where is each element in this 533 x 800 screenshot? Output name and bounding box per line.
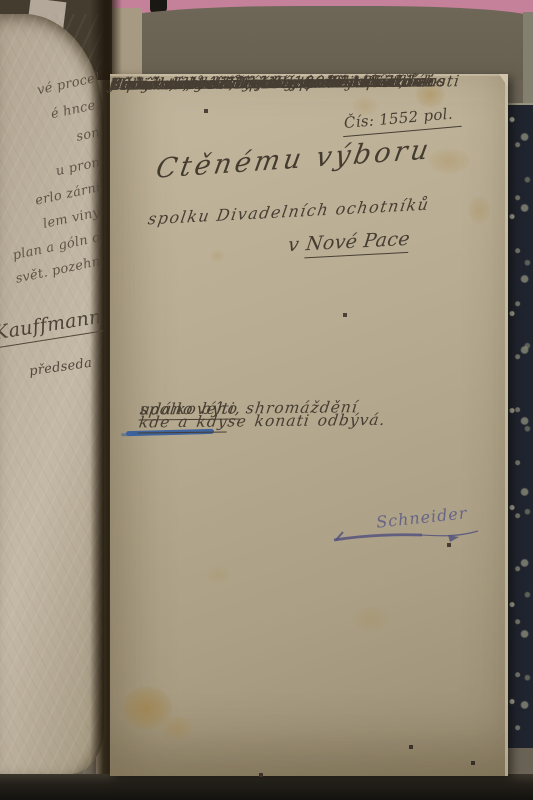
paper-stain bbox=[428, 148, 470, 174]
dark-marbled-photo-edge bbox=[505, 103, 533, 748]
heading-place-name: Nové Pace bbox=[304, 228, 411, 259]
underlined-phrase: kde a kdy bbox=[138, 413, 229, 434]
heading-line-3: vNové Pace bbox=[287, 228, 411, 257]
body-line: C. k. místodržitelský rada: bbox=[109, 73, 351, 94]
paper-stain bbox=[206, 566, 230, 584]
paper-stain bbox=[210, 250, 225, 262]
body-line: kde a kdy se konati odbývá. bbox=[138, 413, 229, 432]
signature-kauffmann: Kauffmann bbox=[0, 306, 103, 349]
signature-flourish bbox=[330, 526, 482, 546]
heading-line-1: Ctěnému výboru bbox=[154, 134, 435, 185]
document-sheet: Čís: 1552 pol. Ctěnému výboru spolku Div… bbox=[110, 74, 508, 776]
left-page: vé proce! é hnce. son u pron erlo zárni … bbox=[0, 14, 104, 774]
signature-role-predseda: předseda bbox=[28, 356, 93, 380]
paper-stain bbox=[352, 606, 390, 632]
document-number-text: Čís: 1552 pol. bbox=[341, 104, 462, 137]
corner-fold bbox=[499, 74, 508, 87]
heading-line-2: spolku Divadelních ochotníků bbox=[147, 195, 431, 229]
document-number: Čís: 1552 pol. bbox=[342, 108, 461, 132]
paper-stain bbox=[468, 196, 490, 224]
body-line-10-rest: se konati odbývá. bbox=[226, 411, 386, 431]
backdrop-right-sliver bbox=[523, 12, 533, 107]
photo-bottom-shadow bbox=[0, 774, 533, 800]
archival-document-photo: vé proce! é hnce. son u pron erlo zárni … bbox=[0, 0, 533, 800]
gray-mat-board bbox=[102, 6, 533, 80]
paper-stain bbox=[162, 716, 192, 740]
heading-line-3-prefix: v bbox=[287, 234, 301, 257]
